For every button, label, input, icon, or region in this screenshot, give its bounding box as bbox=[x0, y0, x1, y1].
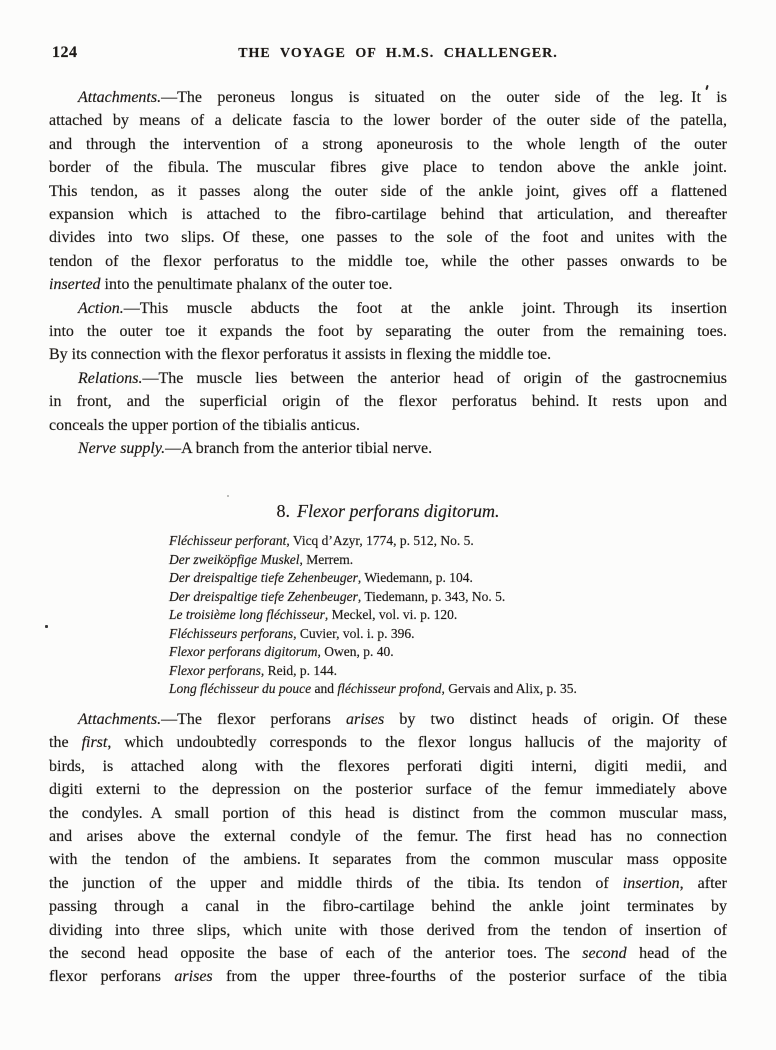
roman-text: , Merrem. bbox=[299, 552, 353, 567]
paragraph-nerve-supply: Nerve supply.—A branch from the anterior… bbox=[49, 437, 727, 460]
section-flexor-perforans-text: Attachments.—The flexor perforans arises… bbox=[49, 708, 727, 989]
roman-text: passing through a canal in the fibro-car… bbox=[49, 898, 727, 915]
roman-text: from the upper three-fourths of the post… bbox=[213, 968, 727, 985]
roman-text: the second head opposite the base of eac… bbox=[49, 945, 582, 962]
italic-text: Flexor perforans bbox=[169, 663, 261, 678]
text-line: the junction of the upper and middle thi… bbox=[49, 872, 727, 895]
roman-text: , Owen, p. 40. bbox=[318, 644, 394, 659]
text-line: passing through a canal in the fibro-car… bbox=[49, 895, 727, 918]
roman-text: into the penultimate phalanx of the oute… bbox=[101, 276, 393, 293]
roman-text: , Cuvier, vol. i. p. 396. bbox=[293, 626, 414, 641]
roman-text: and arises above the external condyle of… bbox=[49, 828, 727, 845]
book-page: 124 THE VOYAGE OF H.M.S. CHALLENGER. Att… bbox=[0, 0, 776, 1050]
roman-text: —The peroneus longus is situated on the … bbox=[161, 89, 727, 106]
roman-text: This tendon, as it passes along the oute… bbox=[49, 183, 727, 200]
scan-speck bbox=[227, 495, 229, 497]
italic-text: Le troisième long fléchisseur bbox=[169, 607, 325, 622]
roman-text: —A branch from the anterior tibial nerve… bbox=[165, 440, 432, 457]
text-line: border of the fibula. The muscular fibre… bbox=[49, 156, 727, 179]
text-line: This tendon, as it passes along the oute… bbox=[49, 180, 727, 203]
text-line: By its connection with the flexor perfor… bbox=[49, 343, 727, 366]
text-line: attached by means of a delicate fascia t… bbox=[49, 109, 727, 132]
section-title: Flexor perforans digitorum. bbox=[297, 501, 500, 521]
roman-text: , Vicq d’Azyr, 1774, p. 512, No. 5. bbox=[286, 533, 473, 548]
roman-text: , Wiedemann, p. 104. bbox=[358, 570, 473, 585]
text-line: Nerve supply.—A branch from the anterior… bbox=[49, 437, 727, 460]
italic-text: Attachments. bbox=[78, 89, 161, 106]
roman-text: birds, is attached along with the flexor… bbox=[49, 758, 727, 775]
text-line: with the tendon of the ambiens. It separ… bbox=[49, 848, 727, 871]
roman-text: border of the fibula. The muscular fibre… bbox=[49, 159, 727, 176]
roman-text: flexor perforans bbox=[49, 968, 174, 985]
synonym-item: Flexor perforans, Reid, p. 144. bbox=[169, 662, 727, 681]
running-header: THE VOYAGE OF H.M.S. CHALLENGER. bbox=[60, 46, 736, 62]
italic-text: arises bbox=[174, 968, 212, 985]
roman-text: —The muscle lies between the anterior he… bbox=[142, 370, 727, 387]
synonym-item: Der zweiköpfige Muskel, Merrem. bbox=[169, 551, 727, 570]
roman-text: tendon of the flexor perforatus to the m… bbox=[49, 253, 727, 270]
italic-text: first bbox=[82, 734, 108, 751]
paragraph-attachments-flexor-perforans: Attachments.—The flexor perforans arises… bbox=[49, 708, 727, 989]
italic-text: Nerve supply. bbox=[78, 440, 165, 457]
text-line: dividing into three slips, which unite w… bbox=[49, 919, 727, 942]
italic-text: insertion bbox=[623, 875, 680, 892]
roman-text: —This muscle abducts the foot at the ank… bbox=[124, 300, 727, 317]
roman-text: head of the bbox=[627, 945, 727, 962]
italic-text: Fléchisseur perforant bbox=[169, 533, 286, 548]
synonym-item: Der dreispaltige tiefe Zehenbeuger, Wied… bbox=[169, 569, 727, 588]
text-line: Action.—This muscle abducts the foot at … bbox=[49, 297, 727, 320]
text-line: divides into two slips. Of these, one pa… bbox=[49, 226, 727, 249]
italic-text: Der dreispaltige tiefe Zehenbeuger bbox=[169, 589, 358, 604]
text-line: and arises above the external condyle of… bbox=[49, 825, 727, 848]
section-number: 8. bbox=[277, 501, 291, 521]
text-line: Attachments.—The flexor perforans arises… bbox=[49, 708, 727, 731]
italic-text: Der zweiköpfige Muskel bbox=[169, 552, 299, 567]
synonym-item: Fléchisseur perforant, Vicq d’Azyr, 1774… bbox=[169, 532, 727, 551]
paragraph-attachments-peroneus: Attachments.—The peroneus longus is situ… bbox=[49, 86, 727, 297]
roman-text: digiti externi to the depression on the … bbox=[49, 781, 727, 798]
text-line: into the outer toe it expands the foot b… bbox=[49, 320, 727, 343]
section-peroneus-longus-text: Attachments.—The peroneus longus is situ… bbox=[49, 86, 727, 461]
text-line: the second head opposite the base of eac… bbox=[49, 942, 727, 965]
roman-text: attached by means of a delicate fascia t… bbox=[49, 112, 727, 129]
roman-text: divides into two slips. Of these, one pa… bbox=[49, 229, 727, 246]
text-line: expansion which is attached to the fibro… bbox=[49, 203, 727, 226]
italic-text: Action. bbox=[78, 300, 124, 317]
text-line: digiti externi to the depression on the … bbox=[49, 778, 727, 801]
roman-text: the condyles. A small portion of this he… bbox=[49, 805, 727, 822]
roman-text: in front, and the superficial origin of … bbox=[49, 393, 727, 410]
roman-text: , Meckel, vol. vi. p. 120. bbox=[325, 607, 457, 622]
roman-text: , Reid, p. 144. bbox=[261, 663, 337, 678]
text-line: tendon of the flexor perforatus to the m… bbox=[49, 250, 727, 273]
text-line: Relations.—The muscle lies between the a… bbox=[49, 367, 727, 390]
italic-text: arises bbox=[346, 711, 384, 728]
roman-text: —The flexor perforans bbox=[161, 711, 346, 728]
synonym-item: Flexor perforans digitorum, Owen, p. 40. bbox=[169, 643, 727, 662]
text-line: conceals the upper portion of the tibial… bbox=[49, 414, 727, 437]
scan-speck bbox=[45, 625, 48, 628]
roman-text: the bbox=[49, 734, 82, 751]
text-line: inserted into the penultimate phalanx of… bbox=[49, 273, 727, 296]
italic-text: second bbox=[582, 945, 626, 962]
roman-text: with the tendon of the ambiens. It separ… bbox=[49, 851, 727, 868]
roman-text: the junction of the upper and middle thi… bbox=[49, 875, 623, 892]
roman-text: , after bbox=[680, 875, 727, 892]
text-line: the condyles. A small portion of this he… bbox=[49, 802, 727, 825]
italic-text: Long fléchisseur du pouce bbox=[169, 681, 311, 696]
italic-text: Fléchisseurs perforans bbox=[169, 626, 293, 641]
text-line: birds, is attached along with the flexor… bbox=[49, 755, 727, 778]
roman-text: , which undoubtedly corresponds to the f… bbox=[107, 734, 727, 751]
roman-text: dividing into three slips, which unite w… bbox=[49, 922, 727, 939]
roman-text: expansion which is attached to the fibro… bbox=[49, 206, 727, 223]
roman-text: by two distinct heads of origin. Of thes… bbox=[384, 711, 727, 728]
text-line: the first, which undoubtedly corresponds… bbox=[49, 731, 727, 754]
roman-text: conceals the upper portion of the tibial… bbox=[49, 417, 360, 434]
italic-text: Attachments. bbox=[78, 711, 161, 728]
roman-text: and bbox=[311, 681, 337, 696]
text-line: Attachments.—The peroneus longus is situ… bbox=[49, 86, 727, 109]
synonym-item: Fléchisseurs perforans, Cuvier, vol. i. … bbox=[169, 625, 727, 644]
synonym-item: Long fléchisseur du pouce and fléchisseu… bbox=[169, 680, 727, 699]
roman-text: , Tiedemann, p. 343, No. 5. bbox=[358, 589, 505, 604]
italic-text: Flexor perforans digitorum bbox=[169, 644, 318, 659]
roman-text: into the outer toe it expands the foot b… bbox=[49, 323, 727, 340]
text-line: and through the intervention of a strong… bbox=[49, 133, 727, 156]
synonym-item: Le troisième long fléchisseur, Meckel, v… bbox=[169, 606, 727, 625]
text-line: flexor perforans arises from the upper t… bbox=[49, 965, 727, 988]
synonym-list: Fléchisseur perforant, Vicq d’Azyr, 1774… bbox=[169, 532, 727, 699]
section-heading: 8.Flexor perforans digitorum. bbox=[49, 499, 727, 523]
synonym-item: Der dreispaltige tiefe Zehenbeuger, Tied… bbox=[169, 588, 727, 607]
italic-text: Relations. bbox=[78, 370, 142, 387]
italic-text: fléchisseur profond bbox=[337, 681, 441, 696]
roman-text: , Gervais and Alix, p. 35. bbox=[441, 681, 576, 696]
roman-text: and through the intervention of a strong… bbox=[49, 136, 727, 153]
roman-text: By its connection with the flexor perfor… bbox=[49, 346, 551, 363]
paragraph-relations: Relations.—The muscle lies between the a… bbox=[49, 367, 727, 437]
text-line: in front, and the superficial origin of … bbox=[49, 390, 727, 413]
paragraph-action: Action.—This muscle abducts the foot at … bbox=[49, 297, 727, 367]
italic-text: Der dreispaltige tiefe Zehenbeuger bbox=[169, 570, 358, 585]
italic-text: inserted bbox=[49, 276, 101, 293]
